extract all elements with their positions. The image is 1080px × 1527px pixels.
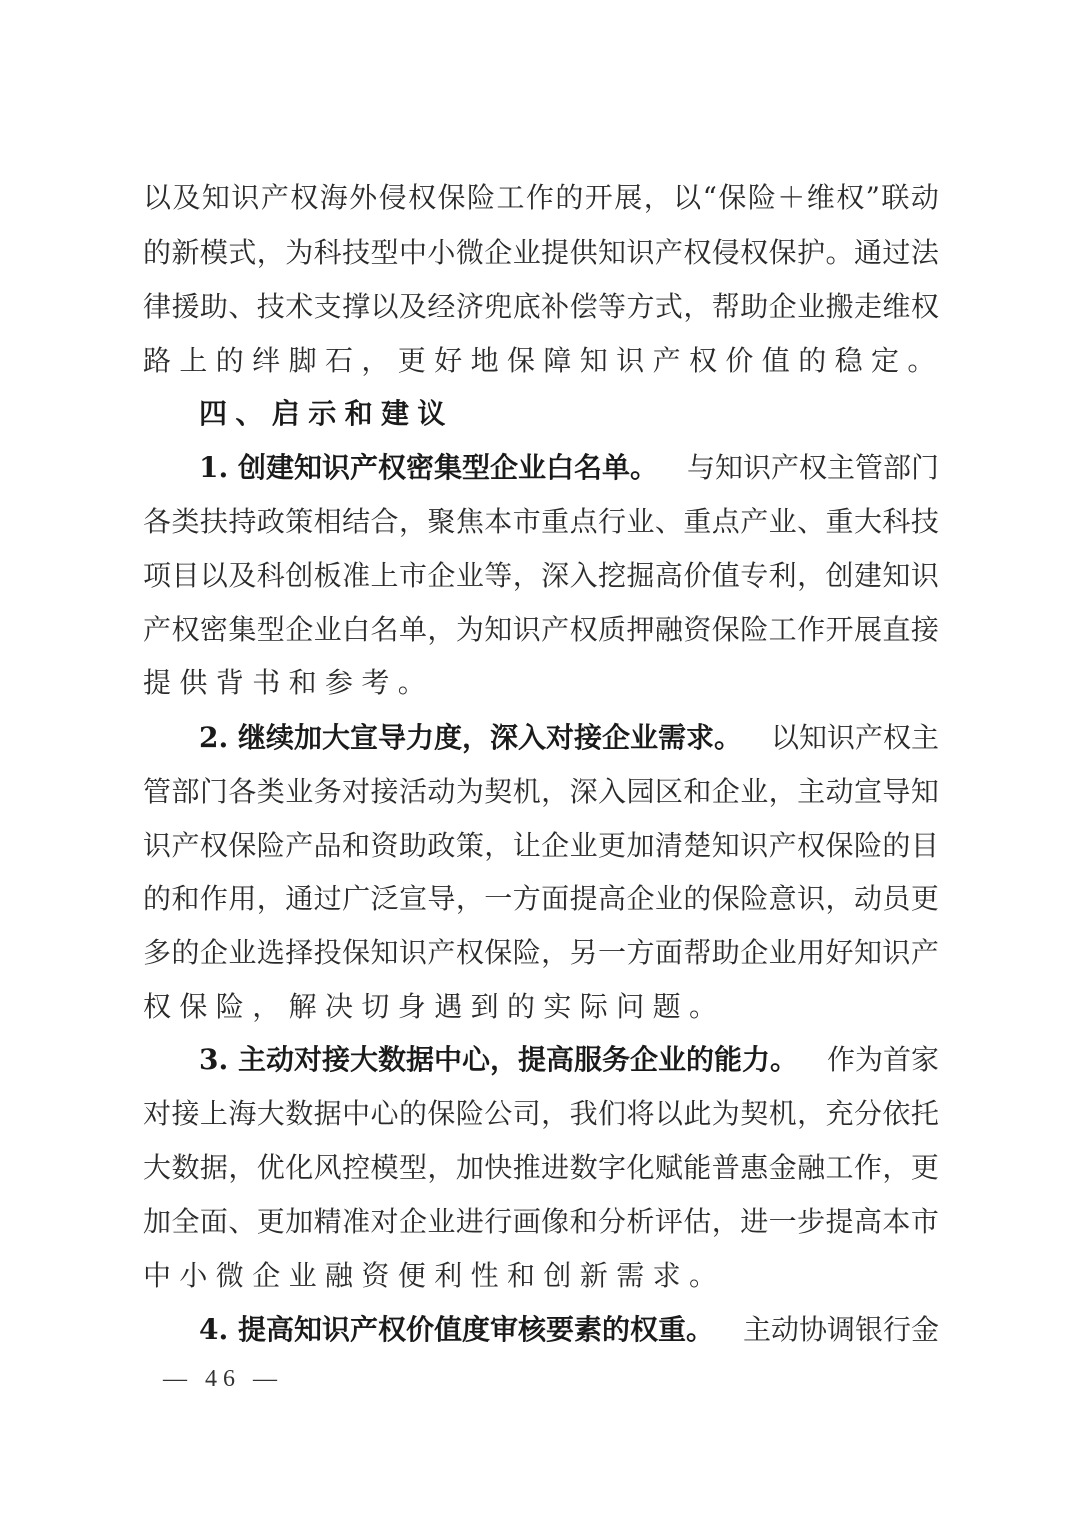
body-line: 律援助、技术支撑以及经济兜底补偿等方式，帮助企业搬走维权: [143, 280, 939, 334]
item-1-lead: 1. 创建知识产权密集型企业白名单。: [199, 441, 658, 495]
item-4-text: 主动协调银行金: [743, 1303, 939, 1357]
item-1-text: 与知识产权主管部门: [687, 441, 939, 495]
body-line: 各类扶持政策相结合，聚焦本市重点行业、重点产业、重大科技: [143, 495, 939, 549]
body-line: 的新模式，为科技型中小微企业提供知识产权侵权保护。通过法: [143, 226, 939, 280]
body-line: 识产权保险产品和资助政策，让企业更加清楚知识产权保险的目: [143, 819, 939, 873]
section-heading: 四、启示和建议: [143, 387, 939, 441]
item-3-lead: 3. 主动对接大数据中心，提高服务企业的能力。: [199, 1033, 798, 1087]
body-line: 产权密集型企业白名单，为知识产权质押融资保险工作开展直接: [143, 603, 939, 657]
body-line: 大数据，优化风控模型，加快推进数字化赋能普惠金融工作，更: [143, 1141, 939, 1195]
item-4-lead: 4. 提高知识产权价值度审核要素的权重。: [199, 1303, 714, 1357]
body-line: 对接上海大数据中心的保险公司，我们将以此为契机，充分依托: [143, 1087, 939, 1141]
item-1-first-line: 1. 创建知识产权密集型企业白名单。与知识产权主管部门: [143, 441, 939, 495]
body-line: 项目以及科创板准上市企业等，深入挖掘高价值专利，创建知识: [143, 549, 939, 603]
item-3-first-line: 3. 主动对接大数据中心，提高服务企业的能力。作为首家: [143, 1033, 939, 1087]
body-line: 路上的绊脚石，更好地保障知识产权价值的稳定。: [143, 334, 939, 388]
item-4-first-line: 4. 提高知识产权价值度审核要素的权重。主动协调银行金: [143, 1303, 939, 1357]
body-line: 中小微企业融资便利性和创新需求。: [143, 1249, 939, 1303]
item-3-text: 作为首家: [827, 1033, 939, 1087]
body-line: 的和作用，通过广泛宣导，一方面提高企业的保险意识，动员更: [143, 872, 939, 926]
body-line: 管部门各类业务对接活动为契机，深入园区和企业，主动宣导知: [143, 765, 939, 819]
body-line: 以及知识产权海外侵权保险工作的开展，以“保险＋维权”联动: [143, 171, 939, 225]
body-line: 权保险，解决切身遇到的实际问题。: [143, 980, 939, 1034]
item-2-lead: 2. 继续加大宣导力度，深入对接企业需求。: [199, 711, 742, 765]
body-line: 多的企业选择投保知识产权保险，另一方面帮助企业用好知识产: [143, 926, 939, 980]
item-2-text: 以知识产权主: [771, 711, 939, 765]
item-2-first-line: 2. 继续加大宣导力度，深入对接企业需求。以知识产权主: [143, 711, 939, 765]
body-line: 加全面、更加精准对企业进行画像和分析评估，进一步提高本市: [143, 1195, 939, 1249]
page-number: — 46 —: [163, 1362, 283, 1396]
body-line: 提供背书和参考。: [143, 656, 939, 710]
